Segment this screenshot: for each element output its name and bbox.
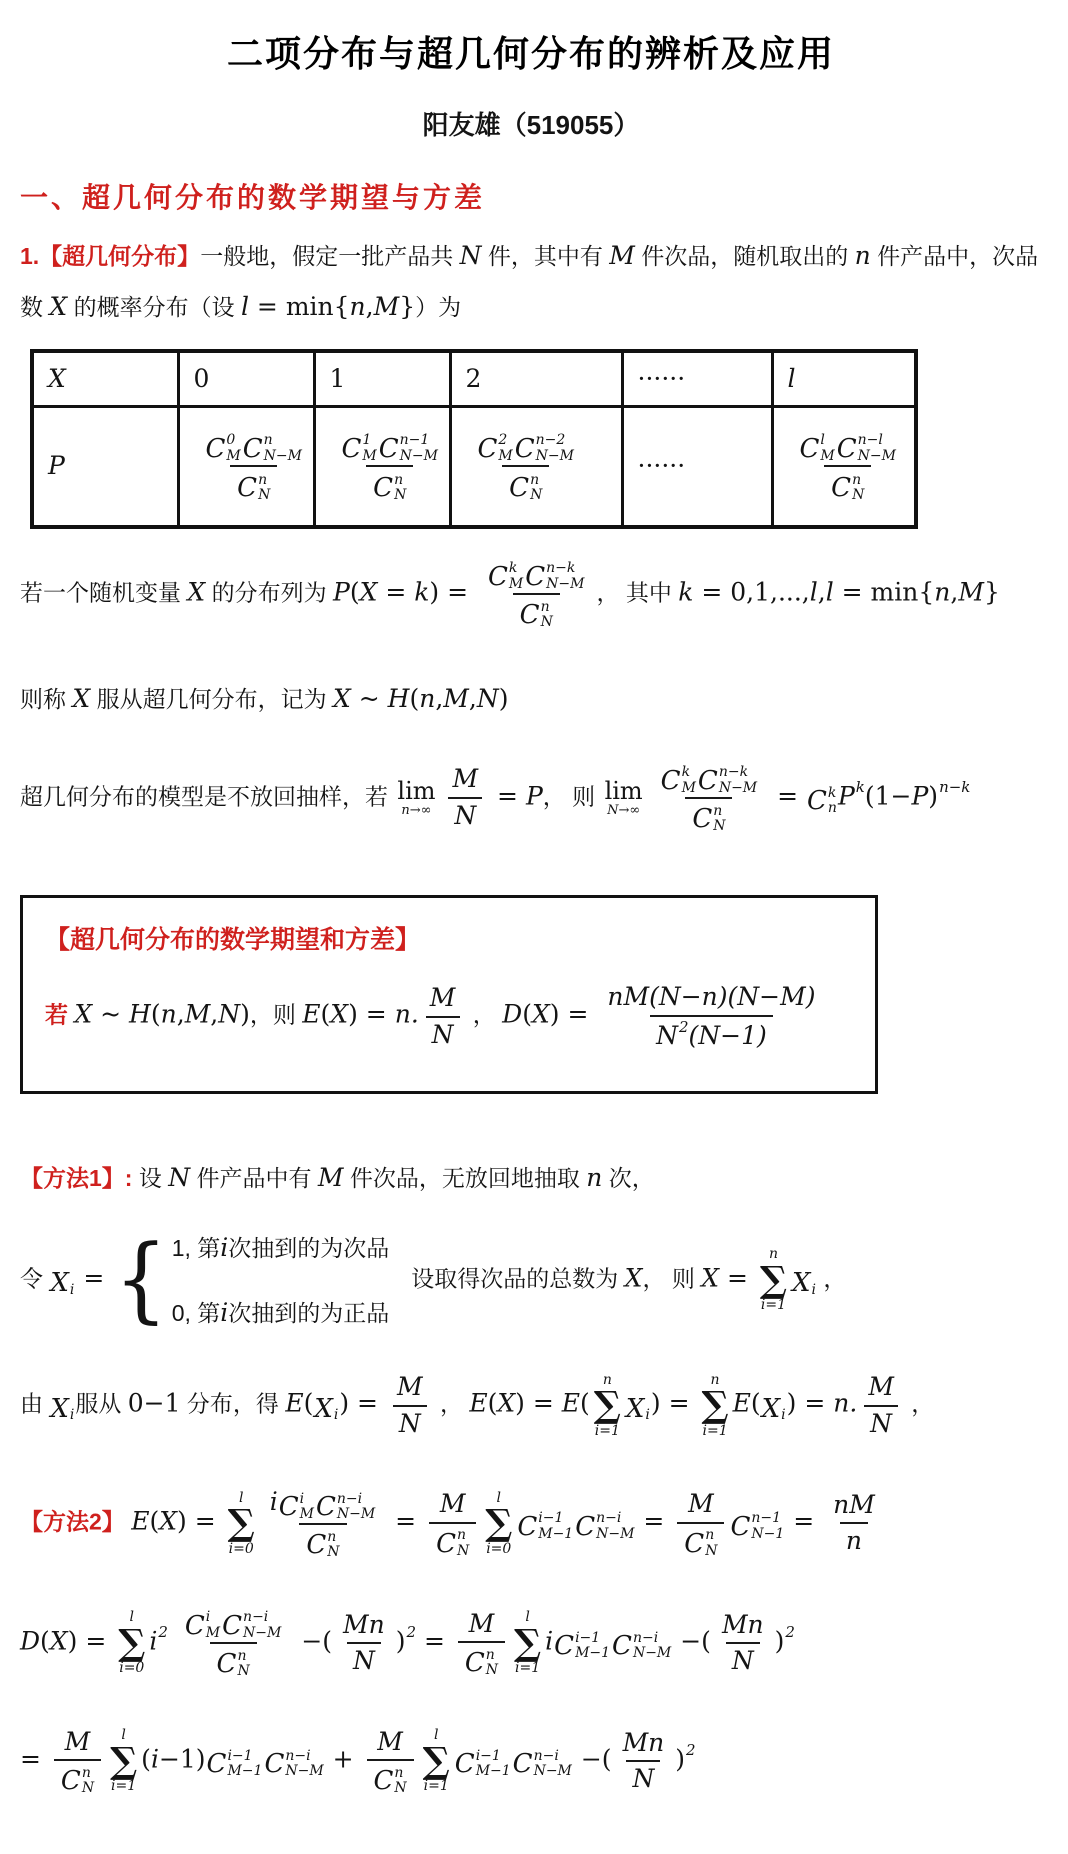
page-title: 二项分布与超几何分布的辨析及应用	[20, 26, 1042, 77]
formula-indicator-cases: 令 Xi = {1, 第i次抽到的为次品0, 第i次抽到的为正品设取得次品的总数…	[20, 1222, 1042, 1339]
table-cell-x-label: X	[32, 351, 178, 407]
table-cell-x-1: 1	[314, 351, 450, 407]
table-cell-x-2: 2	[450, 351, 622, 407]
table-row-p: P C0MCnN−MCnN C1MCn−1N−MCnN C2MCn−2N−MCn…	[32, 407, 916, 527]
formula-expectation-sum: 由 Xi服从 0−1 分布，得 E(Xi) = MN ， E(X) = E(n∑…	[20, 1368, 1042, 1443]
formula-limit-binomial: 超几何分布的模型是不放回抽样，若 limn→∞MN = P， 则 limN→∞C…	[20, 759, 1042, 838]
table-cell-p-2: C2MCn−2N−MCnN	[450, 407, 622, 527]
table-cell-x-dots: ······	[622, 351, 772, 407]
table-cell-p-l: ClMCn−lN−MCnN	[772, 407, 916, 527]
section-heading-1: 一、超几何分布的数学期望与方差	[20, 176, 1042, 216]
box-formula-line: 若 X ~ H(n,M,N)，则 E(X) = n.MN ， D(X) = nM…	[45, 978, 853, 1055]
author-line: 阳友雄（519055）	[20, 105, 1042, 142]
paragraph-hypergeometric-definition: 1.【超几何分布】一般地，假定一批产品共 N 件，其中有 M 件次品，随机取出的…	[20, 230, 1042, 333]
variance-formula-line2: = MCnNl∑i=1(i−1)Ci−1M−1Cn−iN−M + MCnNl∑i…	[20, 1723, 1042, 1800]
distribution-table: X 0 1 2 ······ l P C0MCnN−MCnN C1MCn−1N−…	[30, 349, 918, 529]
expectation-variance-box: 【超几何分布的数学期望和方差】 若 X ~ H(n,M,N)，则 E(X) = …	[20, 895, 878, 1094]
table-cell-p-0: C0MCnN−MCnN	[178, 407, 314, 527]
document-page: 二项分布与超几何分布的辨析及应用 阳友雄（519055） 一、超几何分布的数学期…	[0, 0, 1068, 1854]
box-title: 【超几何分布的数学期望和方差】	[45, 920, 853, 956]
table-cell-x-l: l	[772, 351, 916, 407]
variance-formula-line1: D(X) = l∑i=0i2CiMCn−iN−MCnN −(MnN)2 = MC…	[20, 1604, 1042, 1683]
table-cell-p-dots: ······	[622, 407, 772, 527]
formula-notation: 则称 X 服从超几何分布，记为 X ~ H(n,M,N)	[20, 673, 1042, 724]
table-cell-x-0: 0	[178, 351, 314, 407]
method2-expectation-formula: 【方法2】 E(X) = l∑i=0iCiMCn−iN−MCnN = MCnNl…	[20, 1483, 1042, 1564]
table-row-x: X 0 1 2 ······ l	[32, 351, 916, 407]
table-cell-p-1: C1MCn−1N−MCnN	[314, 407, 450, 527]
method1-paragraph: 【方法1】: 设 N 件产品中有 M 件次品，无放回地抽取 n 次，	[20, 1152, 1042, 1203]
formula-distribution-column: 若一个随机变量 X 的分布列为 P(X = k) = CkMCn−kN−MCnN…	[20, 555, 1042, 634]
table-cell-p-label: P	[32, 407, 178, 527]
